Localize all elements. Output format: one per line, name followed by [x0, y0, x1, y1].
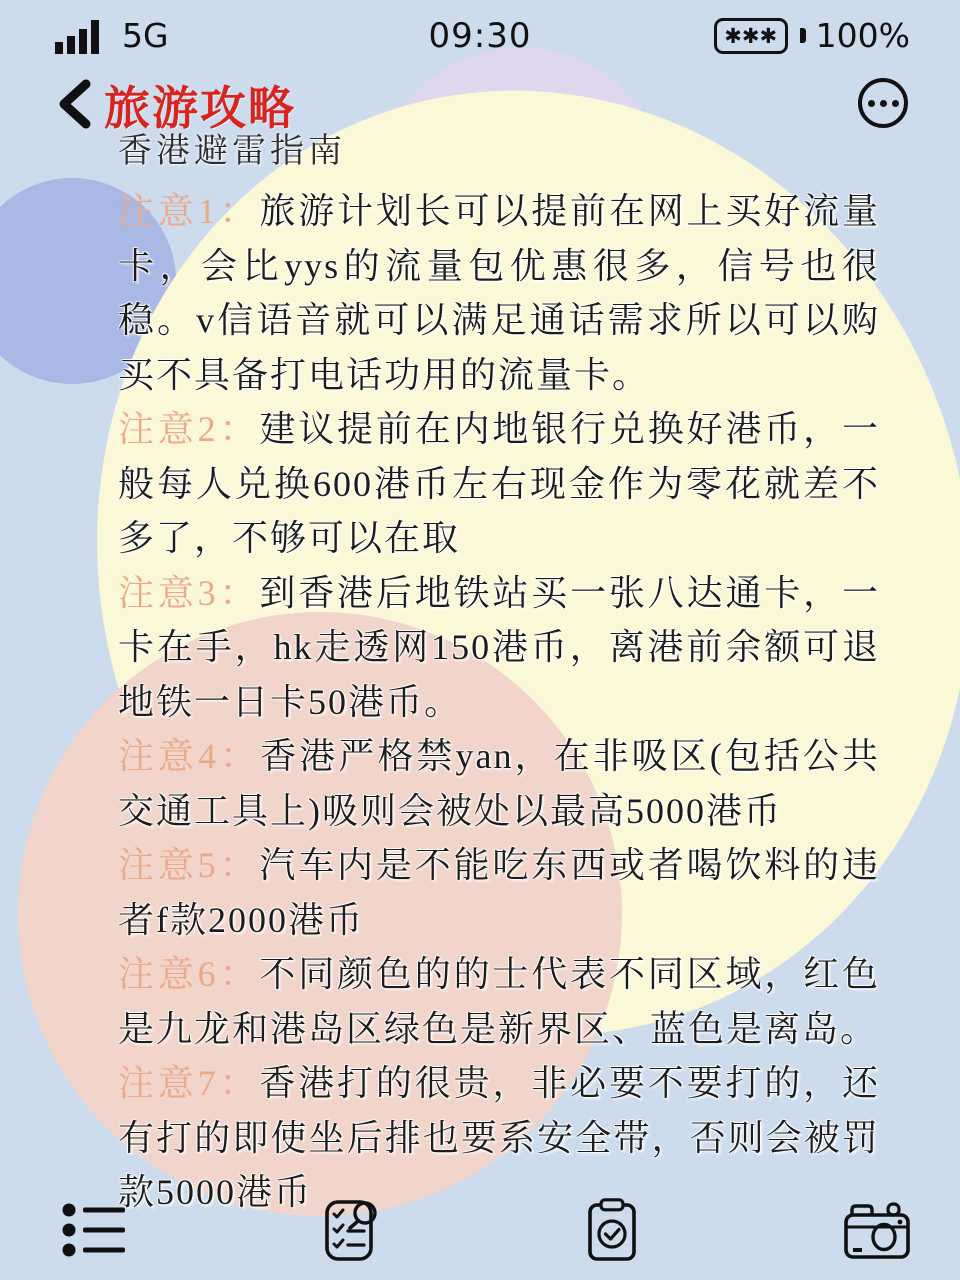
battery-indicator: ✱✱✱ 100%: [714, 16, 910, 55]
notes-list: 注意1：旅游计划长可以提前在网上买好流量卡，会比yys的流量包优惠很多，信号也很…: [118, 184, 880, 1220]
header: 旅游攻略: [0, 70, 960, 140]
note-item: 注意5：汽车内是不能吃东西或者喝饮料的违者f款2000港币: [118, 838, 880, 947]
note-label: 注意4：: [118, 736, 260, 776]
note-label: 注意6：: [118, 954, 259, 994]
battery-percent-label: 100%: [816, 16, 910, 55]
page-title: 旅游攻略: [104, 72, 296, 138]
search-checklist-button[interactable]: [317, 1192, 393, 1268]
status-bar: 5G 09:30 ✱✱✱ 100%: [0, 0, 960, 62]
note-item: 注意3：到香港后地铁站买一张八达通卡，一卡在手，hk走透网150港币，离港前余额…: [118, 566, 880, 730]
battery-nub: [800, 28, 806, 43]
chevron-left-icon: [52, 78, 100, 130]
clipboard-check-icon: [586, 1198, 638, 1262]
note-label: 注意7：: [118, 1063, 259, 1103]
bullet-list-icon: [62, 1203, 128, 1257]
more-options-button[interactable]: [858, 78, 908, 128]
search-checklist-icon: [324, 1198, 386, 1262]
note-item: 注意2：建议提前在内地银行兑换好港币，一般每人兑换600港币左右现金作为零花就差…: [118, 402, 880, 566]
note-item: 注意1：旅游计划长可以提前在网上买好流量卡，会比yys的流量包优惠很多，信号也很…: [118, 184, 880, 402]
battery-icon: ✱✱✱: [714, 18, 788, 54]
note-item: 注意6：不同颜色的的士代表不同区域，红色是九龙和港岛区绿色是新界区、蓝色是离岛。: [118, 947, 880, 1056]
article-body: 香港避雷指南 注意1：旅游计划长可以提前在网上买好流量卡，会比yys的流量包优惠…: [118, 128, 880, 1220]
note-label: 注意2：: [118, 409, 259, 449]
bottom-toolbar: [0, 1192, 960, 1272]
bullet-list-button[interactable]: [57, 1192, 133, 1268]
note-label: 注意1：: [118, 191, 259, 231]
ellipsis-dot: [880, 100, 887, 107]
note-label: 注意5：: [118, 845, 259, 885]
camera-button[interactable]: [839, 1192, 915, 1268]
ellipsis-dot: [892, 100, 899, 107]
ellipsis-dot: [868, 100, 875, 107]
note-item: 注意4：香港严格禁yan，在非吸区(包括公共交通工具上)吸则会被处以最高5000…: [118, 729, 880, 838]
phone-screen: 5G 09:30 ✱✱✱ 100% 旅游攻略 香港避雷指南 注意1：旅游计划长可…: [0, 0, 960, 1280]
note-label: 注意3：: [118, 573, 259, 613]
back-button[interactable]: [52, 78, 100, 130]
camera-icon: [844, 1201, 910, 1259]
clipboard-check-button[interactable]: [574, 1192, 650, 1268]
